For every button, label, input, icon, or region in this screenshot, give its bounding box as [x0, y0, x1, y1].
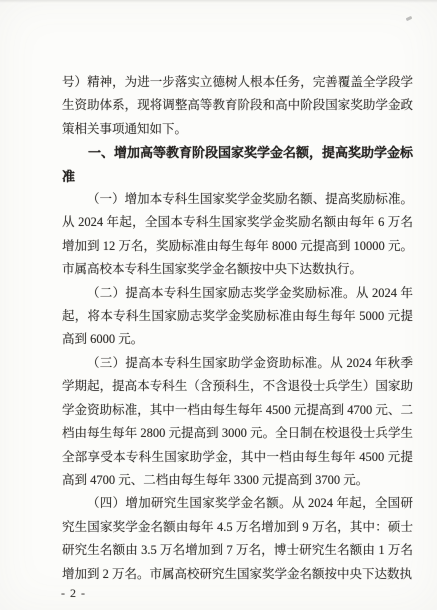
scanned-document-page: { "document": { "paragraphs": [ { "role"…: [0, 0, 437, 610]
section-heading: 一、增加高等教育阶段国家奖学金名额，提高奖助学金标准: [62, 141, 413, 188]
paragraph-item-2: （二）提高本专科生国家励志奖学金奖励标准。从 2024 年起，将本专科生国家励志…: [62, 282, 413, 352]
scan-artifact: [406, 16, 413, 21]
paragraph-continuation: 号）精神，为进一步落实立德树人根本任务，完善覆盖全学段学生资助体系，现将调整高等…: [62, 71, 413, 141]
paragraph-item-1: （一）增加本专科生国家奖学金奖励名额、提高奖励标准。从 2024 年起，全国本专…: [62, 188, 413, 282]
paragraph-item-4: （四）增加研究生国家奖学金名额。从 2024 年起，全国研究生国家奖学金名额由每…: [62, 492, 413, 586]
document-body: 号）精神，为进一步落实立德树人根本任务，完善覆盖全学段学生资助体系，现将调整高等…: [62, 71, 413, 586]
paragraph-item-3: （三）提高本专科生国家助学金资助标准。从 2024 年秋季学期起，提高本专科生（…: [62, 352, 413, 492]
scan-edge-shadow: [0, 0, 437, 3]
page-number: - 2 -: [61, 586, 86, 601]
